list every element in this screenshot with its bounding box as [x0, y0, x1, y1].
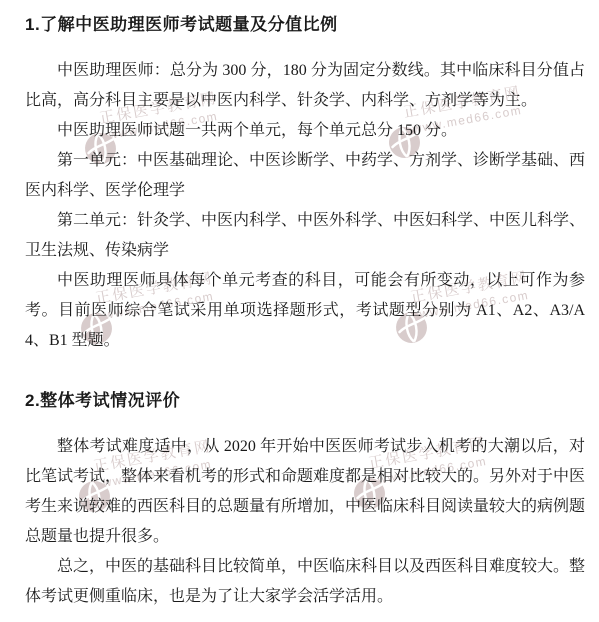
section-1-heading: 1.了解中医助理医师考试题量及分值比例	[25, 12, 585, 38]
paragraph-unit-2-subjects: 第二单元：针灸学、中医内科学、中医外科学、中医妇科学、中医儿科学、卫生法规、传染…	[25, 206, 585, 266]
section-overall-evaluation: 2.整体考试情况评价 整体考试难度适中，从 2020 年开始中医医师考试步入机考…	[25, 388, 585, 612]
paragraph-units-total: 中医助理医师试题一共两个单元，每个单元总分 150 分。	[25, 116, 585, 146]
paragraph-difficulty-analysis: 整体考试难度适中，从 2020 年开始中医医师考试步入机考的大潮以后，对比笔试考…	[25, 432, 585, 552]
paragraph-unit-1-subjects: 第一单元：中医基础理论、中医诊断学、中药学、方剂学、诊断学基础、西医内科学、医学…	[25, 146, 585, 206]
section-2-heading: 2.整体考试情况评价	[25, 388, 585, 414]
paragraph-score-overview: 中医助理医师：总分为 300 分，180 分为固定分数线。其中临床科目分值占比高…	[25, 56, 585, 116]
paragraph-question-types: 中医助理医师具体每个单元考查的科目，可能会有所变动，以上可作为参考。目前医师综合…	[25, 266, 585, 356]
document: 1.了解中医助理医师考试题量及分值比例 中医助理医师：总分为 300 分，180…	[0, 0, 599, 612]
paragraph-summary: 总之，中医的基础科目比较简单，中医临床科目以及西医科目难度较大。整体考试更侧重临…	[25, 552, 585, 612]
section-exam-volume: 1.了解中医助理医师考试题量及分值比例 中医助理医师：总分为 300 分，180…	[25, 12, 585, 356]
